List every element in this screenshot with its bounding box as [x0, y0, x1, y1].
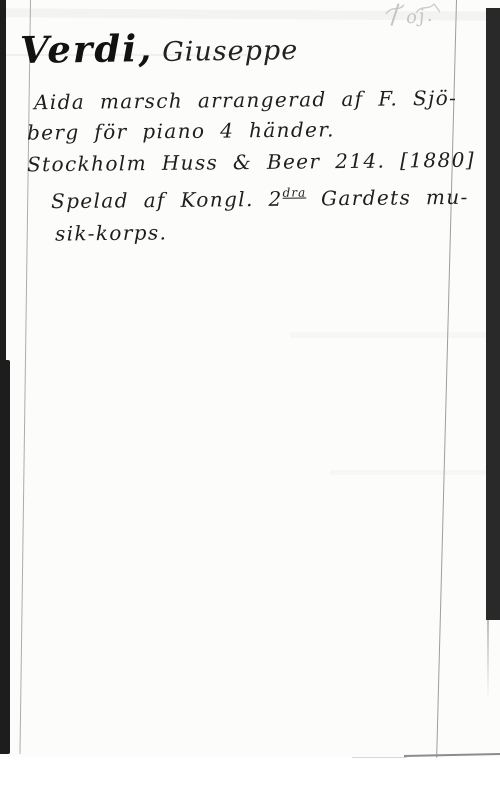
- scan-edge-left: [0, 360, 10, 754]
- body-line-4: Spelad af Kongl. 2dra Gardets mu-: [51, 184, 469, 213]
- scanned-catalog-card: oj. Verdi,Giuseppe Aida marsch arrangera…: [0, 0, 500, 800]
- body-line-1: Aida marsch arrangerad af F. Sjö-: [34, 86, 458, 114]
- body-line-4-text: Spelad af Kongl. 2: [51, 187, 283, 213]
- card-bottom-edge-faint: [352, 757, 407, 758]
- scan-edge-right: [486, 8, 500, 620]
- body-line-4-text-cont: Gardets mu-: [306, 185, 469, 211]
- body-line-2: berg för piano 4 händer.: [27, 117, 335, 144]
- pencil-note: oj.: [405, 5, 435, 29]
- body-line-3: Stockholm Huss & Beer 214. [1880]: [27, 148, 475, 177]
- ordinal-superscript: dra: [283, 186, 307, 200]
- card-edge-shadow: [487, 620, 489, 700]
- body-line-5: sik-korps.: [55, 220, 168, 245]
- heading-surname: Verdi,: [20, 26, 154, 72]
- heading-given-name: Giuseppe: [162, 35, 298, 68]
- scan-edge-left: [0, 0, 6, 365]
- card-heading: Verdi,Giuseppe: [20, 24, 299, 72]
